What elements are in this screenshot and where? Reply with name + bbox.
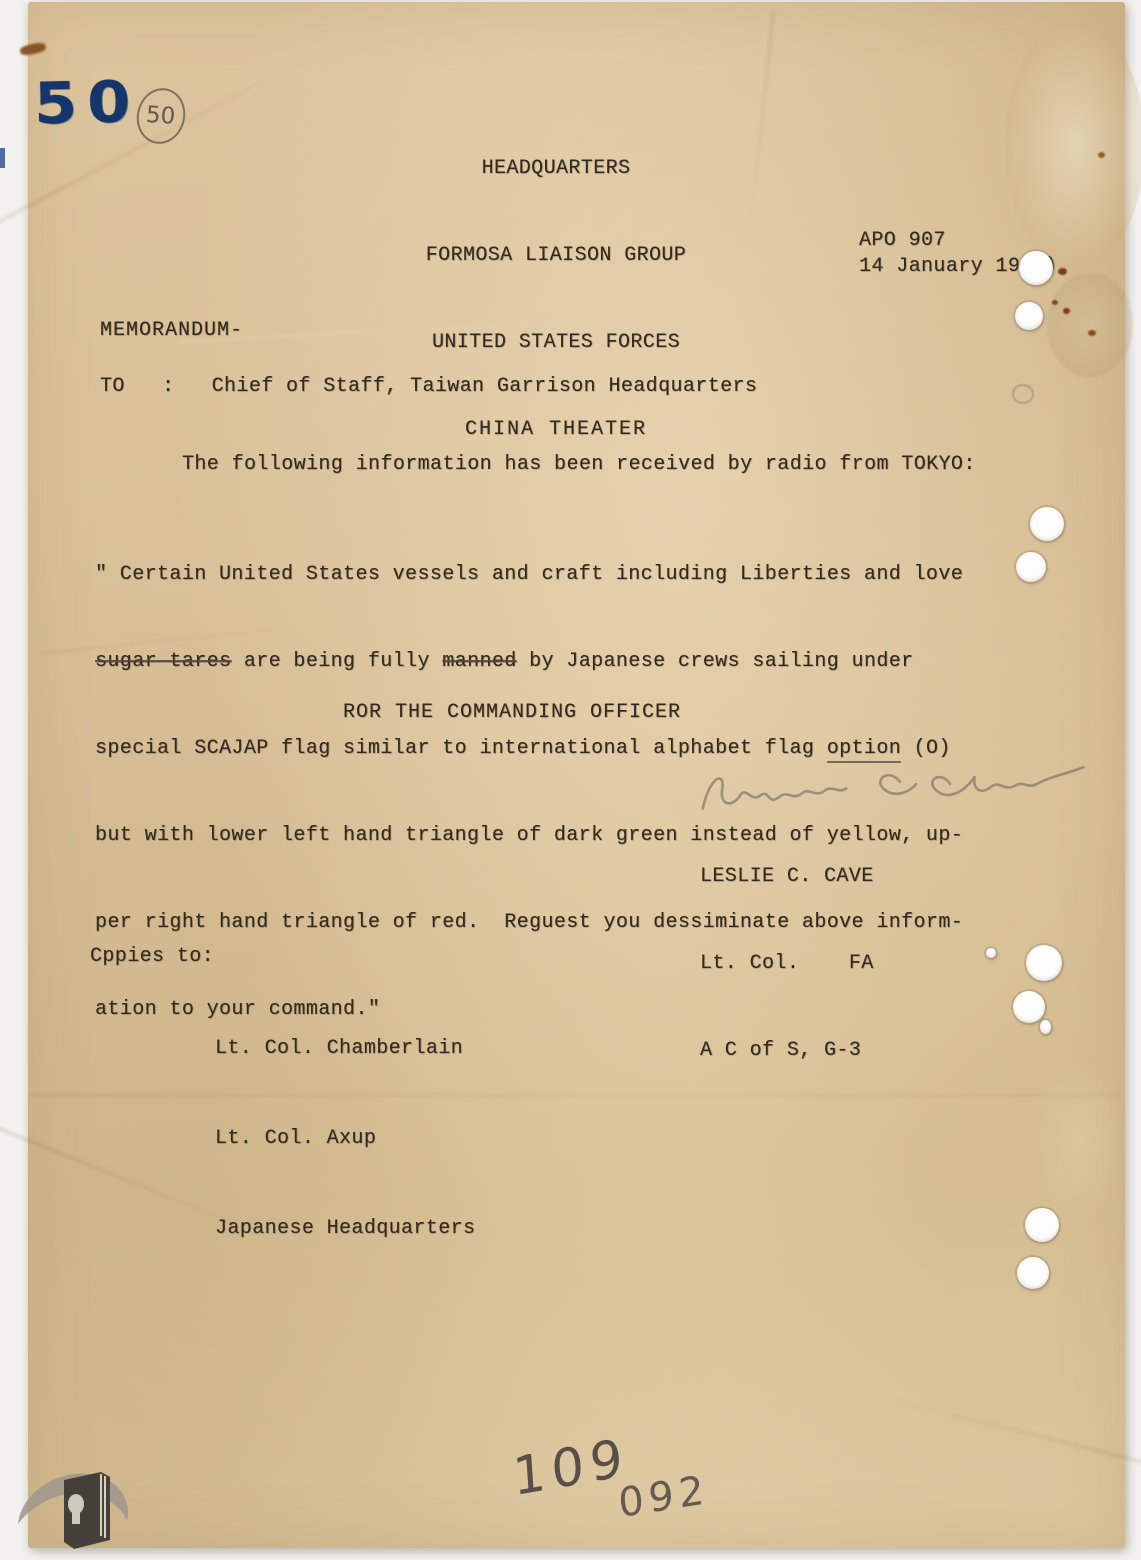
quote-line: " Certain United States vessels and craf…: [95, 560, 1025, 589]
memo-intro-line: The following information has been recei…: [182, 450, 976, 479]
punch-hole: [1025, 1208, 1059, 1242]
quote-text: are being fully: [231, 650, 442, 673]
copies-list: Lt. Col. Chamberlain Lt. Col. Axup Japan…: [215, 974, 475, 1304]
punch-hole: [1019, 251, 1053, 285]
struck-code-words: sugar tares: [95, 650, 231, 673]
punch-hole: [1017, 1257, 1049, 1289]
quote-line: per right hand triangle of red. Reguest …: [95, 908, 1025, 937]
copy-recipient: Japanese Headquarters: [215, 1214, 475, 1244]
scanned-document-page: 50 50 HEADQUARTERS FORMOSA LIAISON GROUP…: [0, 0, 1141, 1560]
signature-block: LESLIE C. CAVE Lt. Col. FA A C of S, G-3: [700, 804, 874, 1123]
logo-keyhole-stem: [72, 1510, 80, 1524]
punch-hole: [1026, 945, 1062, 981]
copy-recipient: Lt. Col. Axup: [215, 1124, 475, 1154]
quote-text: " Certain United States vessels and craf…: [95, 563, 963, 586]
authority-line: ROR THE COMMANDING OFFICER: [343, 698, 681, 727]
apo-line: APO 907: [859, 226, 946, 255]
punch-hole: [1013, 991, 1045, 1023]
signer-rank: Lt. Col. FA: [700, 949, 874, 978]
letterhead: HEADQUARTERS FORMOSA LIAISON GROUP UNITE…: [96, 96, 1016, 502]
struck-word: manned: [442, 650, 516, 673]
punch-hole-small: [986, 948, 996, 958]
memorandum-label: MEMORANDUM-: [100, 316, 243, 345]
memo-to-line: TO : Chief of Staff, Taiwan Garrison Hea…: [100, 372, 757, 401]
signer-title: A C of S, G-3: [700, 1036, 874, 1065]
letterhead-line: CHINA THEATER: [96, 415, 1016, 444]
punch-hole: [1016, 552, 1046, 582]
copies-label: Cppies to:: [90, 942, 214, 971]
quote-line: but with lower left hand triangle of dar…: [95, 821, 1025, 850]
copy-recipient: Lt. Col. Chamberlain: [215, 1034, 475, 1064]
blue-edge-mark: [0, 148, 5, 168]
letterhead-line: HEADQUARTERS: [96, 154, 1016, 183]
quote-line: sugar tares are being fully manned by Ja…: [95, 647, 1025, 676]
quote-text: special SCAJAP flag similar to internati…: [95, 737, 827, 760]
punch-hole-small: [1040, 1020, 1051, 1034]
punch-hole: [1030, 507, 1064, 541]
archive-logo-watermark: [14, 1462, 136, 1558]
signer-name: LESLIE C. CAVE: [700, 862, 874, 891]
quote-text: by Japanese crews sailing under: [517, 650, 914, 673]
punch-hole: [1015, 302, 1043, 330]
